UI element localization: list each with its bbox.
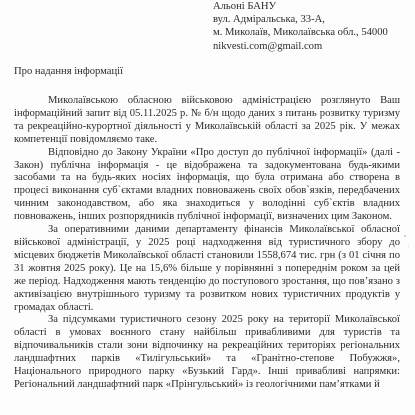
paragraph-law-definition: Відповідно до Закону України «Про доступ… [14,147,400,224]
document-page: Альоні БАНУ вул. Адміральська, 33-А, м. … [0,0,415,415]
letter-subject: Про надання інформації [14,66,123,77]
addressee-block: Альоні БАНУ вул. Адміральська, 33-А, м. … [213,0,388,53]
paragraph-tourist-season: За підсумками туристичного сезону 2025 р… [14,314,400,391]
addressee-name: Альоні БАНУ [213,0,388,13]
paragraph-request-reviewed: Миколаївською обласною військовою адміні… [14,95,400,147]
addressee-street: вул. Адміральська, 33-А, [213,13,388,26]
addressee-city: м. Миколаїв, Миколаївська обл., 54000 [213,26,388,39]
paragraph-tourist-tax: За оперативними даними департаменту фіна… [14,224,400,314]
addressee-email: nikvesti.com@gmail.com [213,40,388,53]
scan-speck [404,235,406,237]
scan-speck [408,246,409,247]
letter-body: Миколаївською обласною військовою адміні… [14,95,400,392]
